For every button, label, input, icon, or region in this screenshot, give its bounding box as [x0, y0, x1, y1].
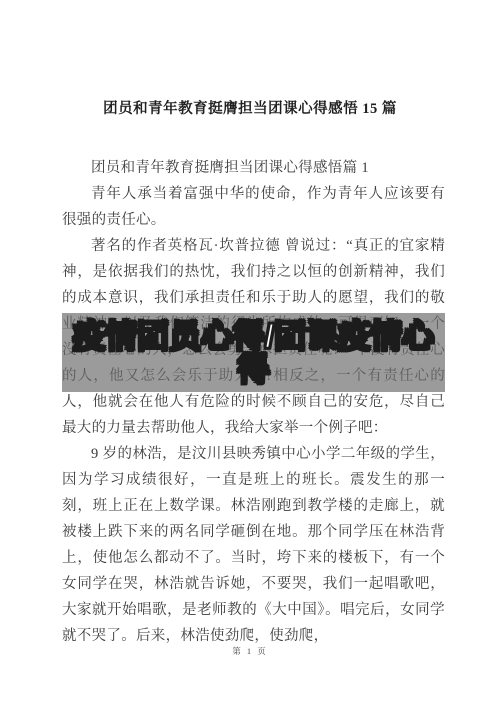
- document-title: 团员和青年教育挺膺担当团课心得感悟 15 篇: [0, 97, 500, 118]
- document-page: 团员和青年教育挺膺担当团课心得感悟 15 篇 团员和青年教育挺膺担当团课心得感悟…: [0, 0, 500, 706]
- body-paragraph: 9 岁的林浩，是汶川县映秀镇中心小学二年级的学生，因为学习成绩很好，一直是班上的…: [62, 441, 445, 649]
- watermark-title-text: 疫情团员心得/团课疫情心得: [62, 320, 445, 386]
- watermark-overlay-band: 疫情团员心得/团课疫情心得: [62, 313, 445, 392]
- body-paragraph-heading: 团员和青年教育挺膺担当团课心得感悟篇 1: [62, 155, 445, 181]
- body-paragraph: 青年人承当着富强中华的使命，作为青年人应该要有很强的责任心。: [62, 181, 445, 233]
- document-body: 团员和青年教育挺膺担当团课心得感悟篇 1 青年人承当着富强中华的使命，作为青年人…: [62, 155, 445, 649]
- page-number-footer: 第 1 页: [0, 645, 500, 657]
